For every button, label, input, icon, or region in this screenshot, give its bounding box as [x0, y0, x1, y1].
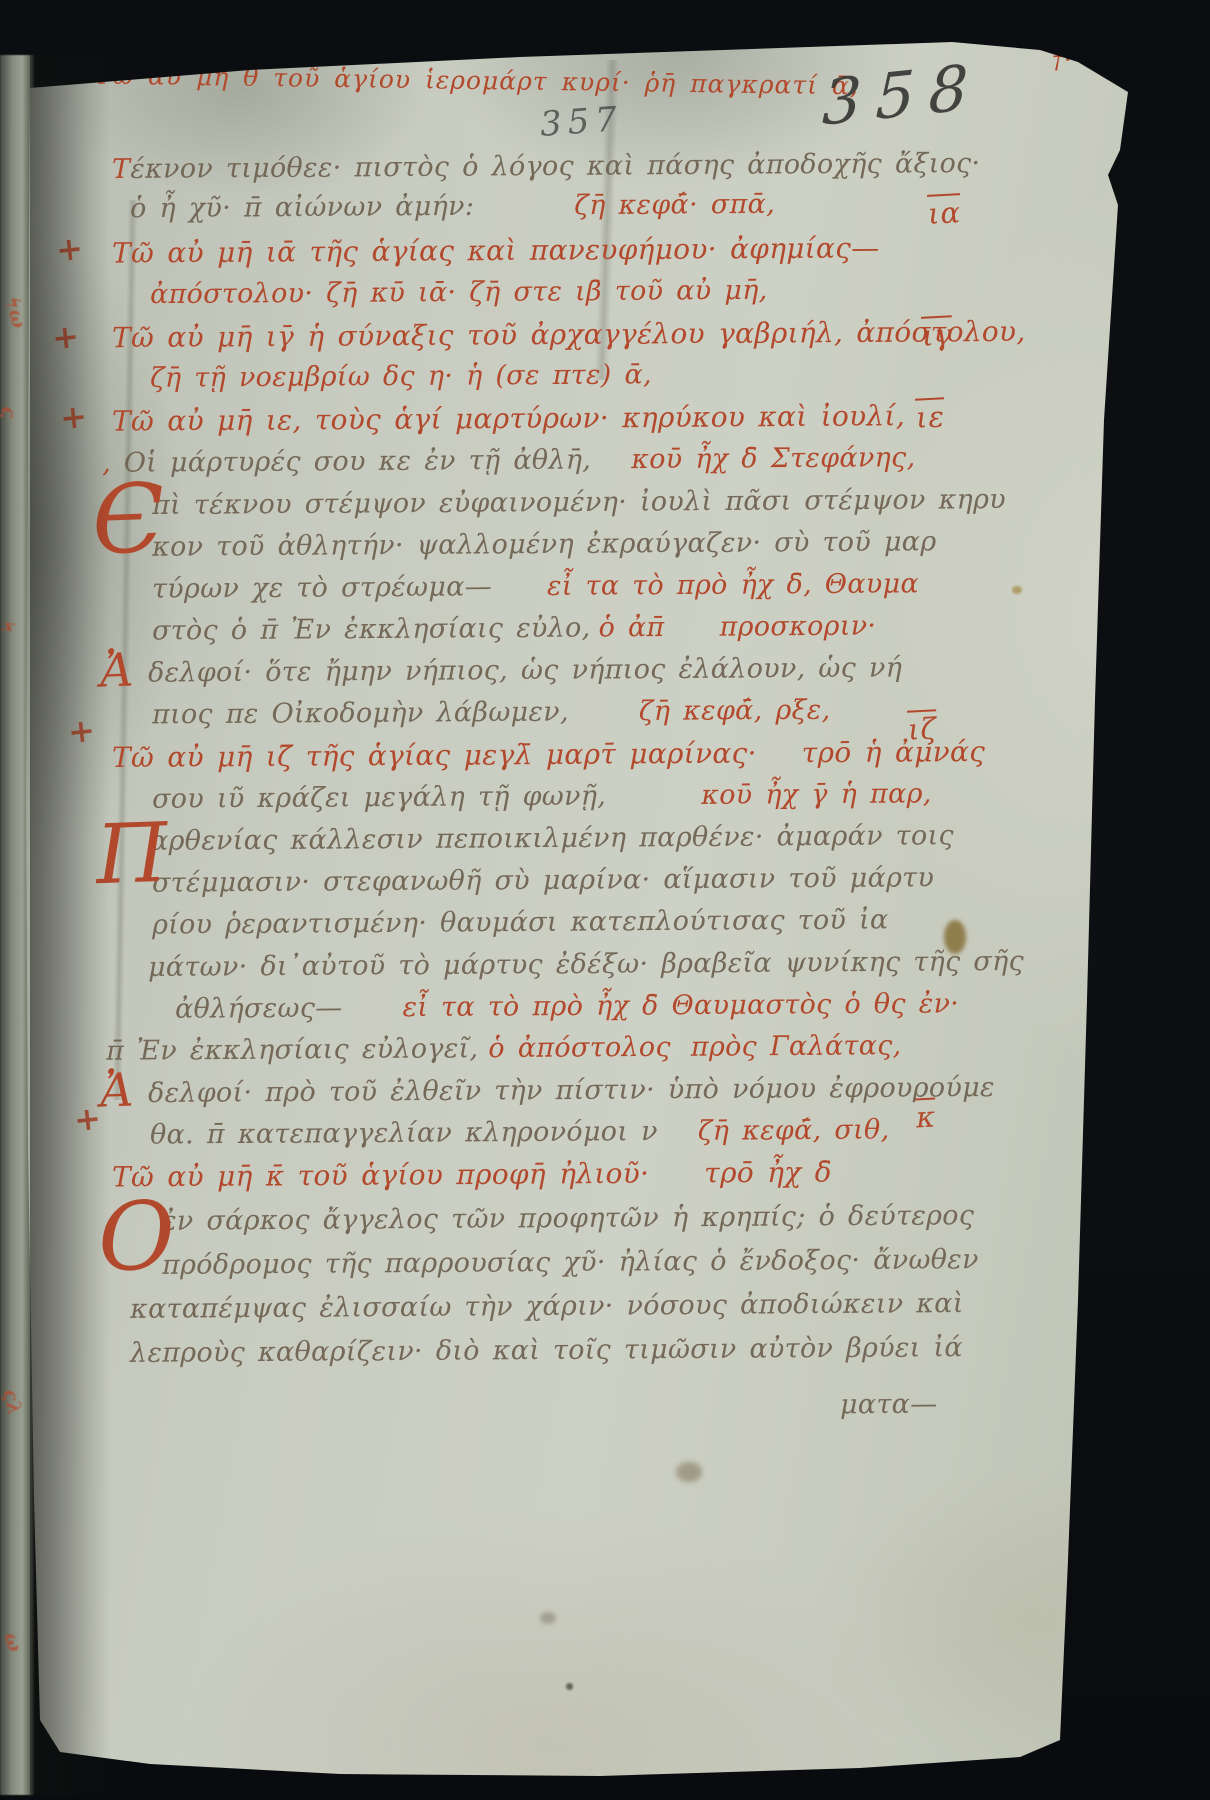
text-line: καταπέμψας ἐλισσαίω τὴν χάριν· νόσους ἀπ…: [130, 1289, 964, 1325]
decorated-initial: Є: [91, 477, 167, 565]
decorated-initial: Ο: [97, 1195, 177, 1282]
margin-day-number: ια: [927, 195, 962, 231]
marginal-cross: +: [66, 711, 97, 752]
text-line: δελφοί· ὅτε ἤμην νήπιος, ὡς νήπιος ἐλάλο…: [148, 653, 902, 688]
rubric-text: κοῡ ἦχ γ̄ ἡ παρ,: [701, 778, 932, 811]
rubric-text: ὁ ἀπ̄: [598, 612, 664, 643]
text-line: λεπροὺς καθαρίζειν· διὸ καὶ τοῖς τιμῶσιν…: [130, 1333, 963, 1369]
rubric-text: εἶ τα τὸ πρὸ ἦχ δ̄, Θαυμα: [547, 568, 919, 602]
stain: [1012, 586, 1022, 594]
text-line: σου ιῦ κράζει μεγάλη τῇ φωνῇ,κοῡ ἦχ γ̄ ἡ…: [152, 779, 932, 814]
body-text: πὶ τέκνου στέμψον εὐφαινομένη· ἰουλὶ πᾶσ…: [152, 484, 1006, 521]
margin-day-number: κ: [915, 1099, 937, 1134]
rubric-text: ἀπόστολου· ζη̄ κῡ ιᾱ· ζη̄ στε ιβ̄ τοῦ αὐ…: [150, 275, 768, 310]
marginal-cross: +: [50, 317, 81, 358]
text-line: πρόδρομος τῆς παρρουσίας χῦ· ἠλίας ὁ ἔνδ…: [162, 1245, 979, 1280]
body-text: λεπροὺς καθαρίζειν· διὸ καὶ τοῖς τιμῶσιν…: [130, 1332, 963, 1369]
text-line: δελφοί· πρὸ τοῦ ἐλθεῖν τὴν πίστιν· ὑπὸ ν…: [148, 1073, 995, 1109]
text-line: , Οἱ μάρτυρές σου κε ἐν τῇ ἀθλη̄,κοῡ ἦχ …: [102, 443, 916, 478]
rubric-text: προσκοριν·: [719, 610, 876, 642]
decorated-initial: Ἀ: [99, 649, 134, 692]
rubric-text: κοῡ ἦχ δ̄ Στεφάνης,: [631, 442, 915, 475]
body-text: Οἱ μάρτυρές σου κε ἐν τῇ ἀθλη̄,: [124, 444, 592, 478]
body-text: θα. π̄ κατεπαγγελίαν κληρονόμοι ν: [150, 1116, 658, 1151]
manuscript-photo: Τῶ αὐ μη̄ θ̄ τοῦ ἁγίου ἱερομάρτ κυρί· ῥη…: [0, 0, 1210, 1800]
parchment-page: Τῶ αὐ μη̄ θ̄ τοῦ ἁγίου ἱερομάρτ κυρί· ῥη…: [0, 0, 1210, 1800]
text-line: ζη̄ τῇ νοεμβρίω δς η· ἡ (σε πτε) ᾱ,: [150, 360, 652, 393]
rubric-text: πρὸς Γαλάτας,: [691, 1030, 902, 1062]
text-line: Τῶ αὐ μη̄ ιγ̄ ἡ σύναξις τοῦ ἀρχαγγέλου γ…: [112, 317, 1026, 354]
text-line: ἀπόστολου· ζη̄ κῡ ιᾱ· ζη̄ στε ιβ̄ τοῦ αὐ…: [150, 276, 768, 310]
text-line: ματα—: [840, 1390, 938, 1420]
text-line: Τέκνον τιμόθεε· πιστὸς ὁ λόγος καὶ πάσης…: [112, 149, 981, 185]
body-text: πρόδρομος τῆς παρρουσίας χῦ· ἠλίας ὁ ἔνδ…: [162, 1244, 979, 1281]
body-text: ἀθλήσεως—: [175, 993, 343, 1025]
text-line: Τῶ αὐ μη̄ ιε, τοὺς ἁγί μαρτύρων· κηρύκου…: [112, 401, 905, 437]
quire-mark: †·: [1052, 46, 1072, 74]
rubric-text: τρο̄ ἦχ δ̄: [704, 1155, 832, 1189]
decorated-initial: Ἀ: [99, 1069, 134, 1112]
rubric-text: ζη̄ κεφά̄, σιθ,: [698, 1114, 890, 1146]
decorated-initial: Π: [95, 817, 169, 893]
rubric-text: Τῶ αὐ μη̄ ιγ̄ ἡ σύναξις τοῦ ἀρχαγγέλου γ…: [112, 315, 1026, 354]
stain: [566, 1683, 573, 1690]
text-line: πὶ τέκνου στέμψον εὐφαινομένη· ἰουλὶ πᾶσ…: [152, 485, 1006, 521]
rubric-text: Τῶ αὐ μη̄ ιε, τοὺς ἁγί μαρτύρων· κηρύκου…: [112, 399, 905, 438]
text-line: μάτων· δι᾽αὐτοῦ τὸ μάρτυς ἐδέξω· βραβεῖα…: [148, 947, 1024, 983]
body-text: δελφοί· ὅτε ἤμην νήπιος, ὡς νήπιος ἐλάλο…: [148, 652, 902, 688]
rubric-text: Τῶ αὐ μη̄ κ̄ τοῦ ἁγίου προφη̄ ἠλιοῦ·: [112, 1157, 649, 1194]
text-line: Τῶ αὐ μη̄ ιζ̄ τῆς ἁγίας μεγλ̄ μαρτ̄ μαρί…: [112, 737, 985, 774]
body-text: έκνον τιμόθεε· πιστὸς ὁ λόγος καὶ πάσης …: [130, 148, 980, 185]
text-line: αρθενίας κάλλεσιν πεποικιλμένη παρθένε· …: [150, 821, 954, 856]
body-text: μάτων· δι᾽αὐτοῦ τὸ μάρτυς ἐδέξω· βραβεῖα…: [148, 946, 1024, 983]
body-text: ἐν σάρκος ἄγγελος τῶν προφητῶν ἡ κρηπίς;…: [162, 1200, 974, 1237]
marginal-cross: +: [72, 1099, 103, 1140]
stain: [540, 1612, 556, 1624]
folio-number-ink: 358: [821, 49, 983, 139]
text-line: ὁ ἦ χῦ· π̄ αἰώνων ἀμήν:ζη̄ κεφά̄· σπᾱ,: [130, 190, 775, 224]
rubric-text: ζη̄ κεφά̄, ρξε,: [639, 695, 831, 727]
body-text: ρίου ῥεραντισμένη· θαυμάσι κατεπλούτισας…: [152, 904, 889, 940]
body-text: στέμμασιν· στεφανωθῆ σὺ μαρίνα· αἵμασιν …: [152, 862, 934, 898]
text-line: ρίου ῥεραντισμένη· θαυμάσι κατεπλούτισας…: [152, 905, 889, 940]
text-line: ἀθλήσεως—εἶ τα τὸ πρὸ ἦχ δ̄ Θαυμαστὸς ὁ …: [175, 989, 959, 1024]
margin-day-number: ιε: [915, 399, 946, 434]
body-text: ματα—: [840, 1389, 938, 1421]
body-text: πιος πε Οἰκοδομὴν λάβωμεν,: [152, 696, 569, 730]
rubric-text: τρο̄ ἡ ἀμνάς: [802, 735, 986, 769]
rubric-text: εἶ τα τὸ πρὸ ἦχ δ̄ Θαυμαστὸς ὁ θς ἐν·: [402, 988, 959, 1023]
body-text: αρθενίας κάλλεσιν πεποικιλμένη παρθένε· …: [150, 820, 954, 857]
stain: [944, 920, 966, 954]
text-line: στέμμασιν· στεφανωθῆ σὺ μαρίνα· αἵμασιν …: [152, 863, 934, 898]
folio-number-pencil: 357: [539, 99, 624, 145]
header-rubric: Τῶ αὐ μη̄ θ̄ τοῦ ἁγίου ἱερομάρτ κυρί· ῥη…: [95, 61, 859, 101]
text-line: π̄ Ἐν ἐκκλησίαις εὐλογεῖ,ὁ ἀπόστολοςπρὸς…: [106, 1031, 902, 1066]
stain: [676, 1462, 702, 1482]
body-text: κον τοῦ ἀθλητήν· ψαλλομένη ἐκραύγαζεν· σ…: [152, 526, 937, 562]
text-line: Τῶ αὐ μη̄ κ̄ τοῦ ἁγίου προφη̄ ἠλιοῦ·τρο̄…: [112, 1157, 832, 1193]
text-line: ἐν σάρκος ἄγγελος τῶν προφητῶν ἡ κρηπίς;…: [162, 1201, 974, 1236]
body-text: στὸς ὁ π̄ Ἐν ἐκκλησίαις εὐλο,: [152, 612, 591, 646]
body-text: τύρων χε τὸ στρέωμα—: [152, 571, 492, 604]
rubric-text: ὁ ἀπόστολος: [488, 1032, 671, 1064]
margin-day-number: ιζ: [907, 711, 938, 746]
body-text: π̄ Ἐν ἐκκλησίαις εὐλογεῖ,: [106, 1033, 479, 1067]
rubric-text: ζη̄ κεφά̄· σπᾱ,: [574, 189, 775, 221]
text-line: στὸς ὁ π̄ Ἐν ἐκκλησίαις εὐλο,ὁ ἀπ̄προσκο…: [152, 611, 876, 646]
body-text: σου ιῦ κράζει μεγάλη τῇ φωνῇ,: [152, 781, 606, 815]
text-line: κον τοῦ ἀθλητήν· ψαλλομένη ἐκραύγαζεν· σ…: [152, 527, 937, 562]
rubric-text: ζη̄ τῇ νοεμβρίω δς η· ἡ (σε πτε) ᾱ,: [150, 359, 652, 394]
marginal-cross: +: [58, 397, 89, 438]
text-line: θα. π̄ κατεπαγγελίαν κληρονόμοι νζη̄ κεφ…: [150, 1115, 890, 1150]
rubric-text: Τ: [112, 154, 131, 185]
text-line: Τῶ αὐ μη̄ ιᾱ τῆς ἁγίας καὶ πανευφήμου· ἀ…: [112, 233, 880, 269]
text-line: τύρων χε τὸ στρέωμα—εἶ τα τὸ πρὸ ἦχ δ̄, …: [152, 569, 919, 604]
rubric-text: Τῶ αὐ μη̄ ιᾱ τῆς ἁγίας καὶ πανευφήμου· ἀ…: [112, 231, 880, 269]
rubric-text: Τῶ αὐ μη̄ ιζ̄ τῆς ἁγίας μεγλ̄ μαρτ̄ μαρί…: [112, 737, 757, 775]
margin-day-number: ιγ: [921, 317, 953, 353]
body-text: δελφοί· πρὸ τοῦ ἐλθεῖν τὴν πίστιν· ὑπὸ ν…: [148, 1072, 995, 1109]
text-line: πιος πε Οἰκοδομὴν λάβωμεν,ζη̄ κεφά̄, ρξε…: [152, 696, 831, 730]
marginal-cross: +: [54, 229, 85, 270]
body-text: καταπέμψας ἐλισσαίω τὴν χάριν· νόσους ἀπ…: [130, 1288, 964, 1325]
body-text: ὁ ἦ χῦ· π̄ αἰώνων ἀμήν:: [130, 191, 474, 224]
